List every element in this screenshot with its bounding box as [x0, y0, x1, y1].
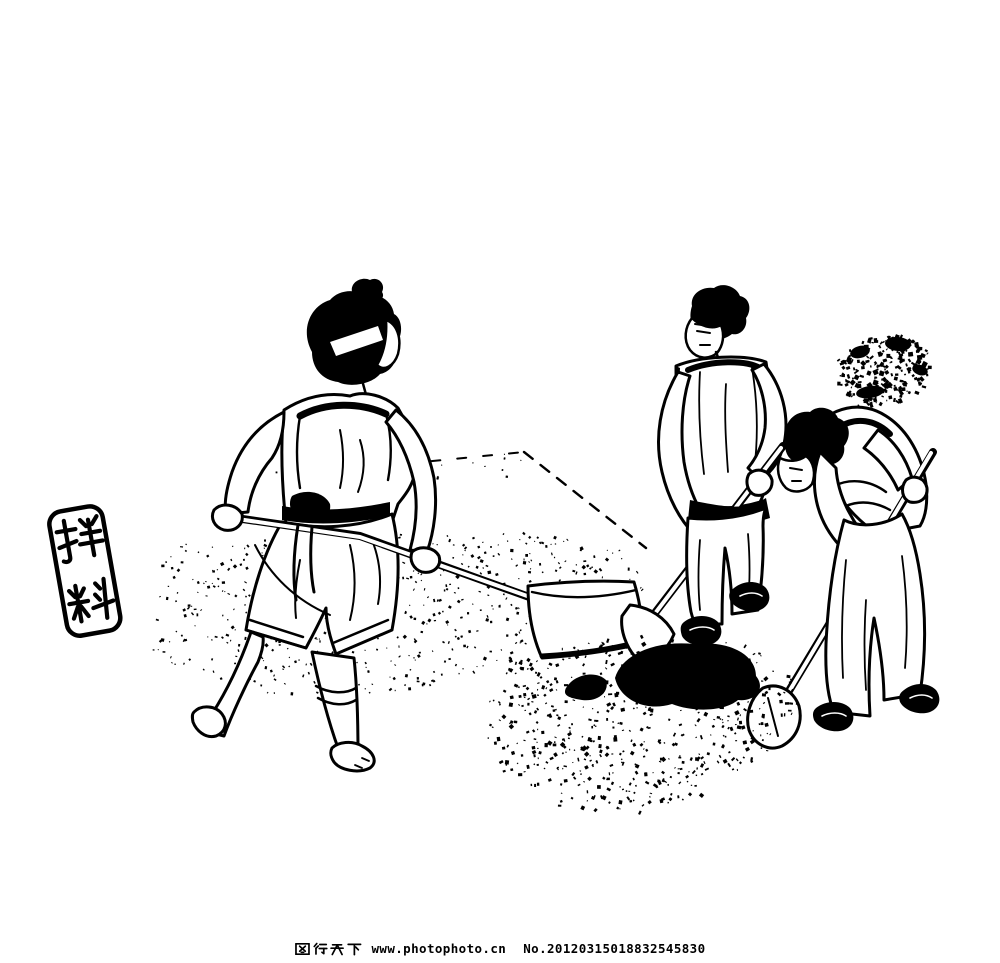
- worker-left-rear-hand: [212, 505, 242, 530]
- worker-left-front-foot: [331, 742, 374, 771]
- worker-left-hair-bun: [352, 279, 383, 303]
- worker-left-back-foot: [192, 707, 225, 737]
- watermark-cjk-glyph: [314, 944, 327, 955]
- watermark-serial: No.20120315018832545830: [523, 943, 705, 956]
- worker-right-trousers: [826, 514, 925, 716]
- watermark-bar: www.photophoto.cn No.2012031501883254583…: [294, 941, 705, 957]
- watermark-url: www.photophoto.cn: [371, 943, 506, 956]
- worker-left-fore-hand: [411, 548, 440, 573]
- illustration-page: www.photophoto.cn No.2012031501883254583…: [0, 0, 1000, 963]
- worker-right-face: [778, 456, 814, 491]
- line-art-scene: [0, 0, 1000, 963]
- slab-right-edge: [524, 452, 646, 548]
- watermark-cjk-glyph: [348, 944, 360, 954]
- worker-middle-figure: [622, 285, 786, 660]
- worker-right-near-shoe: [813, 702, 853, 731]
- worker-right-upper-hand: [903, 477, 928, 502]
- watermark-site-name-glyphs: [294, 941, 362, 957]
- watermark-cjk-glyph: [296, 944, 309, 954]
- stamp: [47, 504, 122, 637]
- worker-middle-near-shoe: [681, 616, 722, 646]
- watermark-cjk-glyph: [331, 945, 343, 955]
- worker-middle-upper-hand: [747, 470, 772, 495]
- worker-left-shorts: [246, 514, 398, 654]
- worker-left-rear-arm: [225, 412, 284, 514]
